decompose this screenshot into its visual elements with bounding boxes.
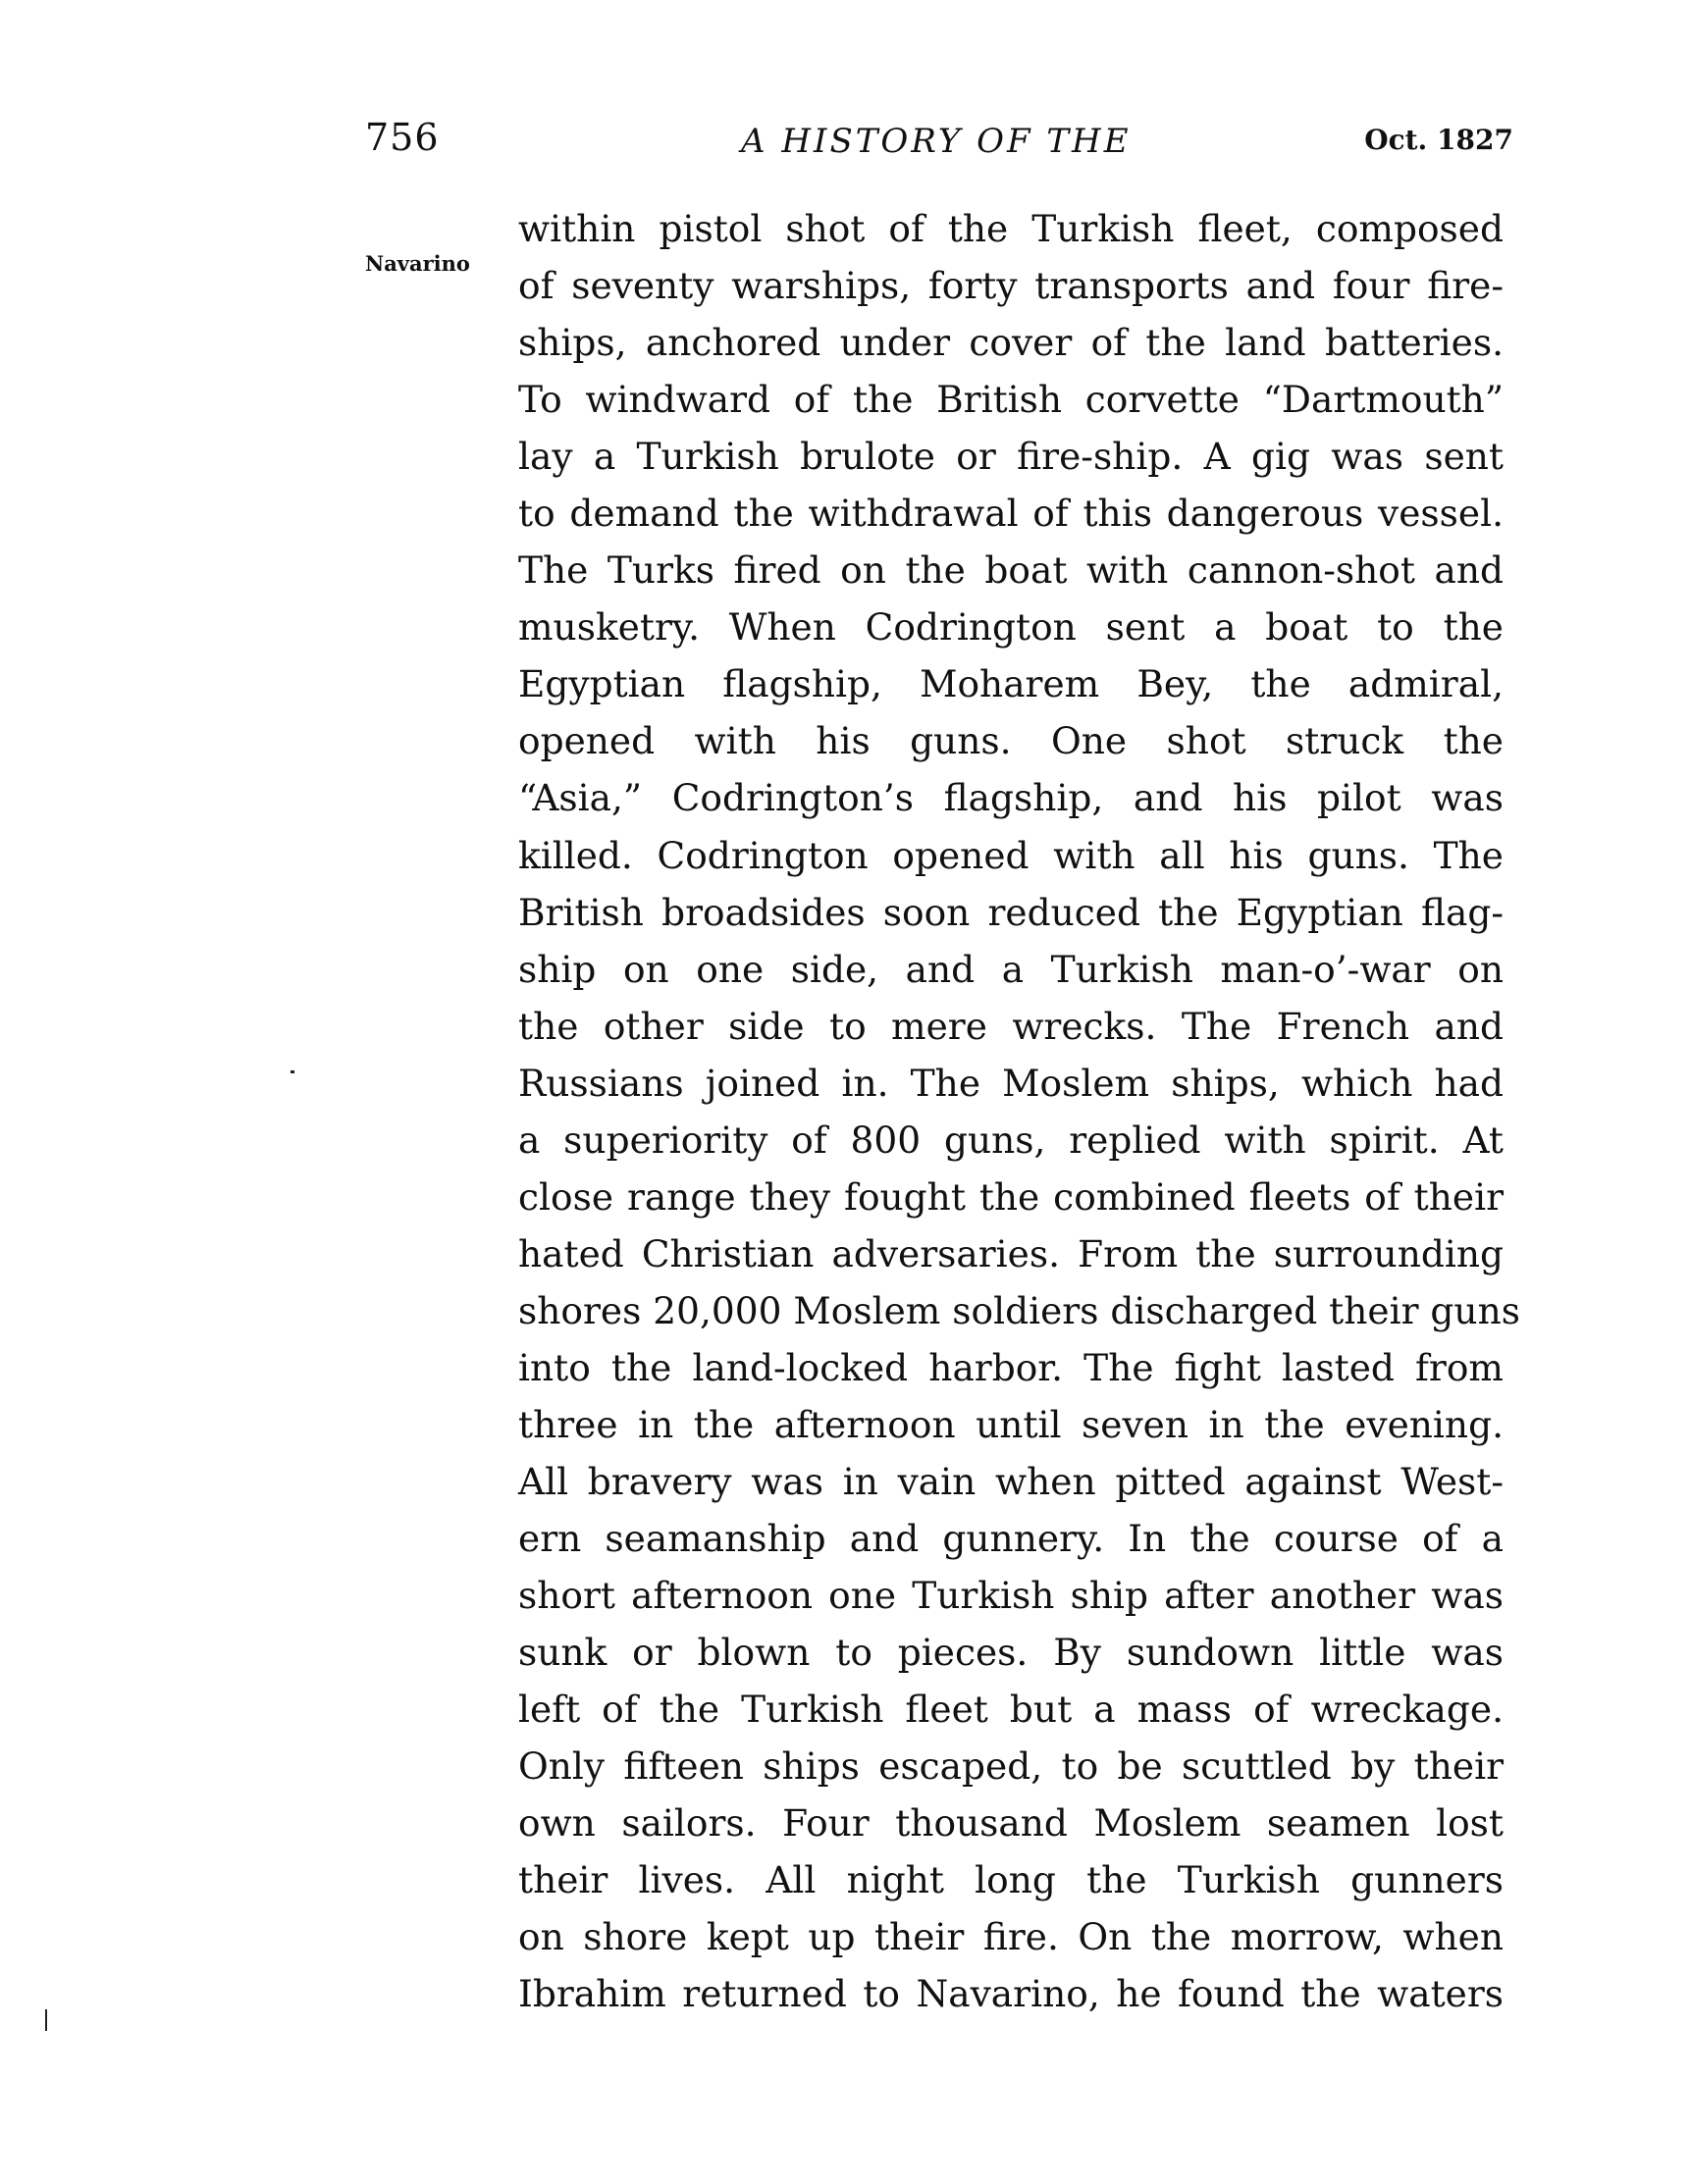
book-page: 756 A HISTORY OF THE Oct. 1827 Navarino … — [0, 0, 1690, 2184]
body-text: within pistol shot of the Turkish fleet,… — [518, 200, 1504, 2023]
text-line: into the land-locked harbor. The fight l… — [518, 1339, 1504, 1396]
page-number: 756 — [365, 116, 440, 159]
text-line: short afternoon one Turkish ship after a… — [518, 1567, 1504, 1624]
text-line: on shore kept up their fire. On the morr… — [518, 1908, 1504, 1965]
text-line: within pistol shot of the Turkish fleet,… — [518, 200, 1504, 257]
text-line: ships, anchored under cover of the land … — [518, 314, 1504, 371]
text-line: The Turks fired on the boat with cannon-… — [518, 542, 1504, 598]
text-line: to demand the withdrawal of this dangero… — [518, 485, 1504, 542]
text-line: Ibrahim returned to Navarino, he found t… — [518, 1965, 1504, 2022]
text-line: lay a Turkish brulote or fire-ship. A gi… — [518, 428, 1504, 485]
running-title: A HISTORY OF THE — [741, 122, 1132, 161]
text-line: Egyptian flagship, Moharem Bey, the admi… — [518, 655, 1504, 712]
text-line: the other side to mere wrecks. The Frenc… — [518, 998, 1504, 1055]
text-line: killed. Codrington opened with all his g… — [518, 827, 1504, 884]
text-line: Only fifteen ships escaped, to be scuttl… — [518, 1738, 1504, 1794]
text-line: three in the afternoon until seven in th… — [518, 1396, 1504, 1453]
text-line: “Asia,” Codrington’s flagship, and his p… — [518, 769, 1504, 826]
text-line: close range they fought the combined fle… — [518, 1169, 1504, 1225]
text-line: To windward of the British corvette “Dar… — [518, 371, 1504, 428]
text-line: British broadsides soon reduced the Egyp… — [518, 884, 1504, 941]
text-line: opened with his guns. One shot struck th… — [518, 712, 1504, 769]
text-line: shores 20,000 Moslem soldiers discharged… — [518, 1282, 1504, 1339]
text-line: ship on one side, and a Turkish man-o’-w… — [518, 941, 1504, 998]
scan-mark — [45, 2009, 47, 2031]
text-line: musketry. When Codrington sent a boat to… — [518, 598, 1504, 655]
text-line: hated Christian adversaries. From the su… — [518, 1225, 1504, 1282]
text-line: ern seamanship and gunnery. In the cours… — [518, 1510, 1504, 1567]
text-line: their lives. All night long the Turkish … — [518, 1851, 1504, 1908]
text-line: of seventy warships, forty transports an… — [518, 257, 1504, 314]
text-line: Russians joined in. The Moslem ships, wh… — [518, 1055, 1504, 1112]
text-line: left of the Turkish fleet but a mass of … — [518, 1681, 1504, 1738]
margin-note: Navarino — [365, 251, 470, 276]
text-line: a superiority of 800 guns, replied with … — [518, 1112, 1504, 1169]
date-label: Oct. 1827 — [1364, 124, 1513, 156]
text-line: All bravery was in vain when pitted agai… — [518, 1453, 1504, 1510]
text-line: own sailors. Four thousand Moslem seamen… — [518, 1794, 1504, 1851]
scan-speck — [290, 1070, 294, 1073]
text-line: sunk or blown to pieces. By sundown litt… — [518, 1624, 1504, 1681]
running-header: 756 A HISTORY OF THE Oct. 1827 — [365, 116, 1513, 175]
